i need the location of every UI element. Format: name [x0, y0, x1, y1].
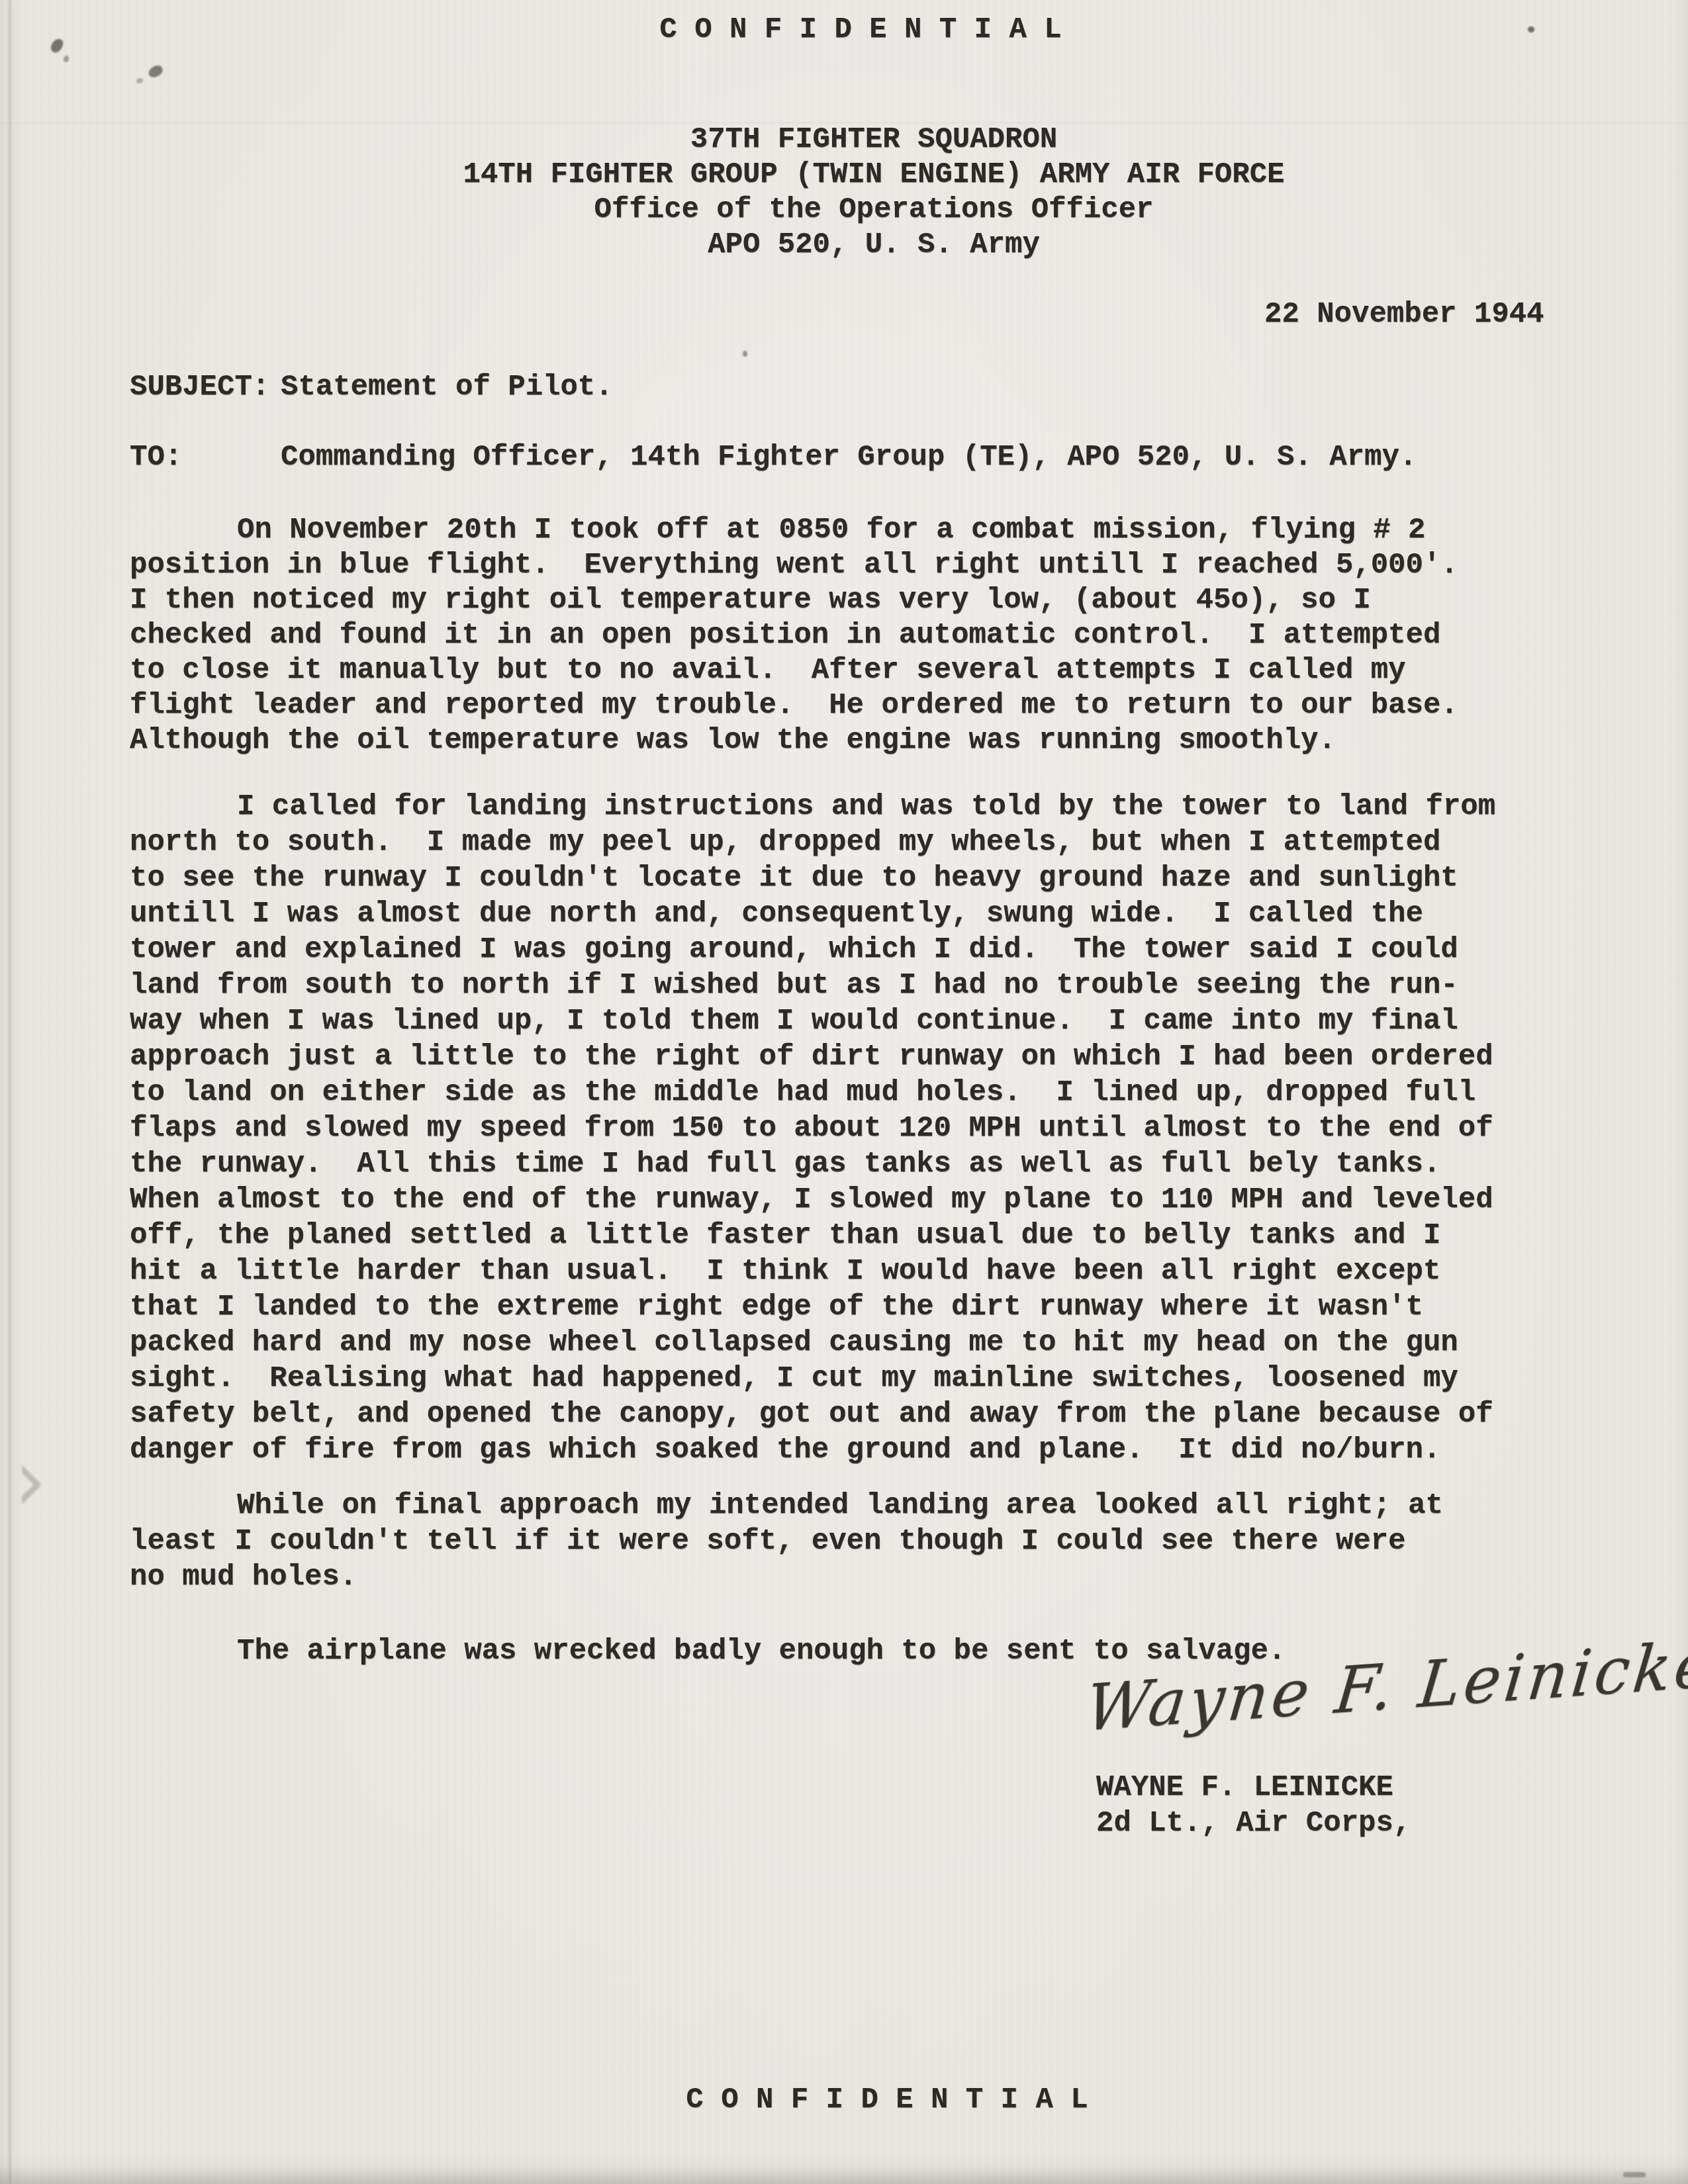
signature-rank: 2d Lt., Air Corps, [1096, 1807, 1411, 1840]
body-line: off, the planed settled a little faster … [130, 1218, 1553, 1253]
body-line: hit a little harder than usual. I think … [130, 1253, 1553, 1289]
paragraph-3: While on final approach my intended land… [130, 1488, 1553, 1595]
body-line: to close it manually but to no avail. Af… [130, 653, 1553, 688]
document-page: › C O N F I D E N T I A L 37TH FIGHTER S… [0, 0, 1688, 2184]
body-line: tower and explained I was going around, … [130, 932, 1553, 968]
body-line: north to south. I made my peel up, dropp… [130, 825, 1553, 860]
to-label: TO: [130, 441, 182, 474]
body-line: safety belt, and opened the canopy, got … [130, 1396, 1553, 1432]
body-line: that I landed to the extreme right edge … [130, 1289, 1553, 1325]
body-line: I called for landing instructions and wa… [130, 789, 1553, 825]
body-line: to see the runway I couldn't locate it d… [130, 860, 1553, 896]
letterhead-apo: APO 520, U. S. Army [344, 228, 1403, 263]
ink-speck [1623, 2172, 1646, 2177]
body-line: Although the oil temperature was low the… [130, 723, 1553, 758]
body-line: I then noticed my right oil temperature … [130, 583, 1553, 618]
body-line: position in blue flight. Everything went… [130, 548, 1553, 583]
subject-label: SUBJECT: [130, 371, 269, 404]
body-line: sight. Realising what had happened, I cu… [130, 1361, 1553, 1396]
ink-speck [49, 37, 65, 55]
paragraph-2: I called for landing instructions and wa… [130, 789, 1553, 1468]
scan-edge [0, 2167, 1688, 2184]
letterhead-group: 14TH FIGHTER GROUP (TWIN ENGINE) ARMY AI… [344, 158, 1403, 193]
letterhead: 37TH FIGHTER SQUADRON 14TH FIGHTER GROUP… [344, 122, 1403, 263]
fold-line [9, 0, 11, 2184]
body-line: danger of fire from gas which soaked the… [130, 1432, 1553, 1468]
body-line: On November 20th I took off at 0850 for … [130, 513, 1553, 548]
body-line: to land on either side as the middle had… [130, 1075, 1553, 1111]
ink-speck [136, 78, 143, 83]
body-line: way when I was lined up, I told them I w… [130, 1003, 1553, 1039]
body-line: no mud holes. [130, 1559, 1553, 1595]
chevron-mark: › [15, 1430, 46, 1531]
date: 22 November 1944 [1264, 298, 1544, 331]
subject-text: Statement of Pilot. [281, 371, 613, 404]
body-line: approach just a little to the right of d… [130, 1039, 1553, 1075]
classification-header: C O N F I D E N T I A L [659, 13, 1061, 46]
body-line: flight leader and reported my trouble. H… [130, 688, 1553, 723]
ink-speck [64, 56, 69, 62]
body-line: the runway. All this time I had full gas… [130, 1146, 1553, 1182]
paragraph-1: On November 20th I took off at 0850 for … [130, 513, 1553, 758]
body-line: checked and found it in an open position… [130, 618, 1553, 653]
body-line: While on final approach my intended land… [130, 1488, 1553, 1524]
signature-typed-name: WAYNE F. LEINICKE [1096, 1771, 1393, 1804]
letterhead-office: Office of the Operations Officer [344, 193, 1403, 228]
body-line: packed hard and my nose wheel collapsed … [130, 1325, 1553, 1361]
to-text: Commanding Officer, 14th Fighter Group (… [281, 441, 1417, 474]
body-line: least I couldn't tell if it were soft, e… [130, 1524, 1553, 1559]
letterhead-unit: 37TH FIGHTER SQUADRON [344, 122, 1403, 158]
body-line: flaps and slowed my speed from 150 to ab… [130, 1111, 1553, 1146]
ink-speck [1528, 26, 1534, 32]
ink-speck [743, 351, 747, 357]
body-line: land from south to north if I wished but… [130, 968, 1553, 1003]
classification-footer: C O N F I D E N T I A L [686, 2083, 1088, 2116]
body-line: untill I was almost due north and, conse… [130, 896, 1553, 932]
body-line: When almost to the end of the runway, I … [130, 1182, 1553, 1218]
ink-speck [147, 64, 164, 79]
